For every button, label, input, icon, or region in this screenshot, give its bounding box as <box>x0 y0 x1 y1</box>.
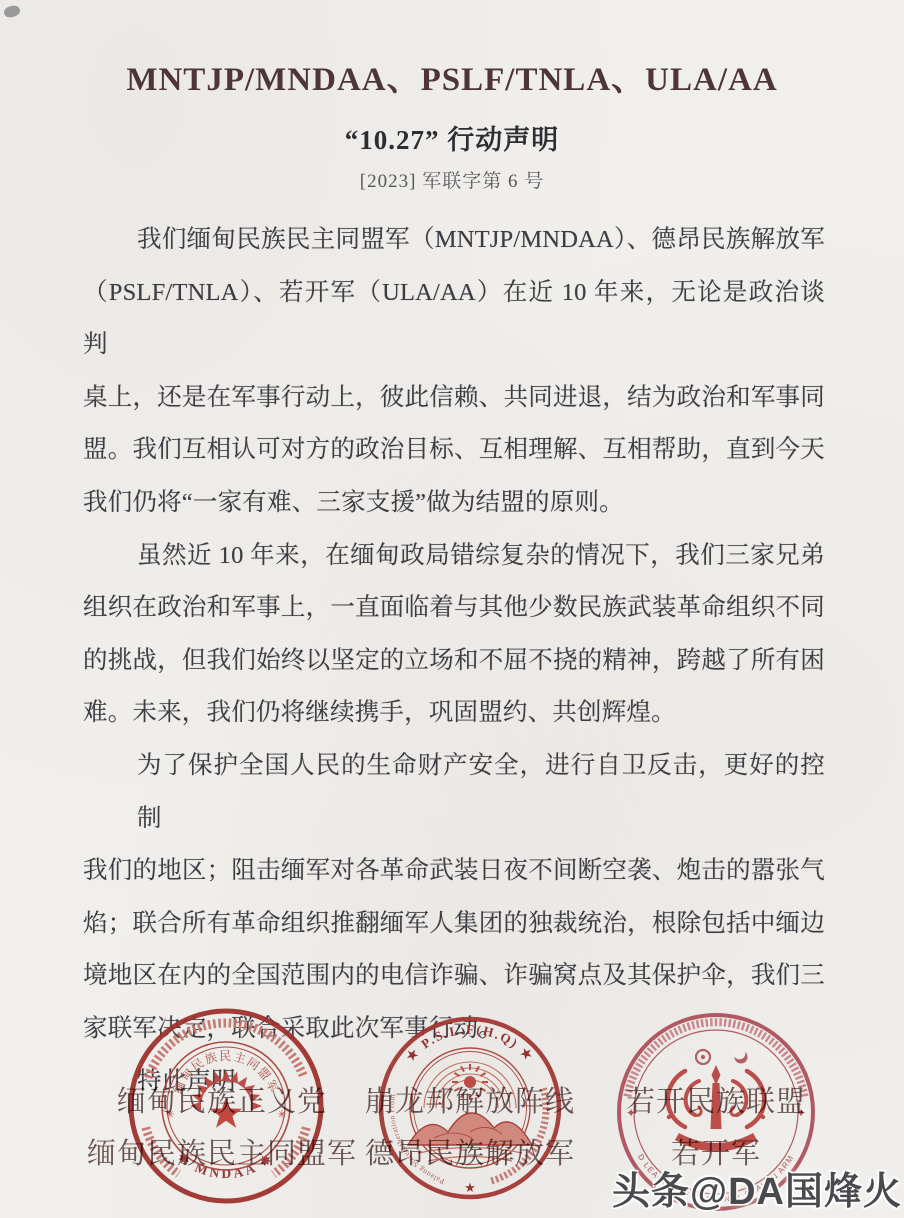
seal-top-text: ★ P.S.L.F(H.Q) ★ <box>403 1022 538 1064</box>
document-page: MNTJP/MNDAA、PSLF/TNLA、ULA/AA “10.27” 行动声… <box>0 0 904 1218</box>
statement-line: 难。未来，我们仍将继续携手，巩固盟约、共创辉煌。 <box>83 687 825 740</box>
statement-line: 桌上，还是在军事行动上，彼此信赖、共同进退，结为政治和军事同 <box>83 372 825 425</box>
statement-line: （PSLF/TNLA）、若开军（ULA/AA）在近 10 年来，无论是政治谈判 <box>83 267 825 372</box>
statement-line: 我们缅甸民族民主同盟军（MNTJP/MNDAA）、德昂民族解放军 <box>83 214 825 267</box>
statement-line: 虽然近 10 年来，在缅甸政局错综复杂的情况下，我们三家兄弟 <box>83 530 825 583</box>
statement-line: 我们仍将“一家有难、三家支援”做为结盟的原则。 <box>83 477 825 530</box>
org-name-mntjp: 缅甸民族正义党 <box>117 1079 327 1120</box>
document-number: [2023] 军联字第 6 号 <box>0 168 904 196</box>
scan-smudge <box>3 4 21 19</box>
svg-text:★ P.S.L.F(H.Q) ★: ★ P.S.L.F(H.Q) ★ <box>403 1022 538 1064</box>
statement-line: 境地区在内的全国范围内的电信诈骗、诈骗窝点及其保护伞，我们三 <box>83 950 825 1003</box>
sun-disc-icon <box>696 1050 710 1064</box>
statement-line: 为了保护全国人民的生命财产安全，进行自卫反击，更好的控制 <box>83 740 825 845</box>
statement-line: 组织在政治和军事上，一直面临着与其他少数民族武装革命组织不同 <box>83 582 825 635</box>
statement-line: 焰；联合所有革命组织推翻缅军人集团的独裁统治，根除包括中缅边 <box>83 898 825 951</box>
document-subtitle: “10.27” 行动声明 <box>0 122 904 158</box>
crescent-icon <box>734 1048 748 1064</box>
toutiao-watermark: 头条@DA国烽火 <box>612 1160 902 1215</box>
document-title: MNTJP/MNDAA、PSLF/TNLA、ULA/AA <box>0 60 904 100</box>
statement-body: 我们缅甸民族民主同盟军（MNTJP/MNDAA）、德昂民族解放军 （PSLF/T… <box>83 214 825 1108</box>
statement-line: 的挑战，但我们始终以坚定的立场和不屈不挠的精神，跨越了所有困 <box>83 635 825 688</box>
org-name-pslf: 崩龙邦解放阵线 <box>365 1079 575 1120</box>
statement-line: 盟。我们互相认可对方的政治目标、互相理解、互相帮助，直到今天 <box>83 424 825 477</box>
star-icon: ★ <box>464 1180 476 1195</box>
org-name-ula: 若开民族联盟 <box>626 1079 806 1120</box>
org-name-tnla: 德昂民族解放军 <box>365 1131 575 1172</box>
statement-line: 我们的地区；阻击缅军对各革命武装日夜不间断空袭、炮击的嚣张气 <box>83 845 825 898</box>
org-name-mndaa: 缅甸民族民主同盟军 <box>87 1131 357 1172</box>
